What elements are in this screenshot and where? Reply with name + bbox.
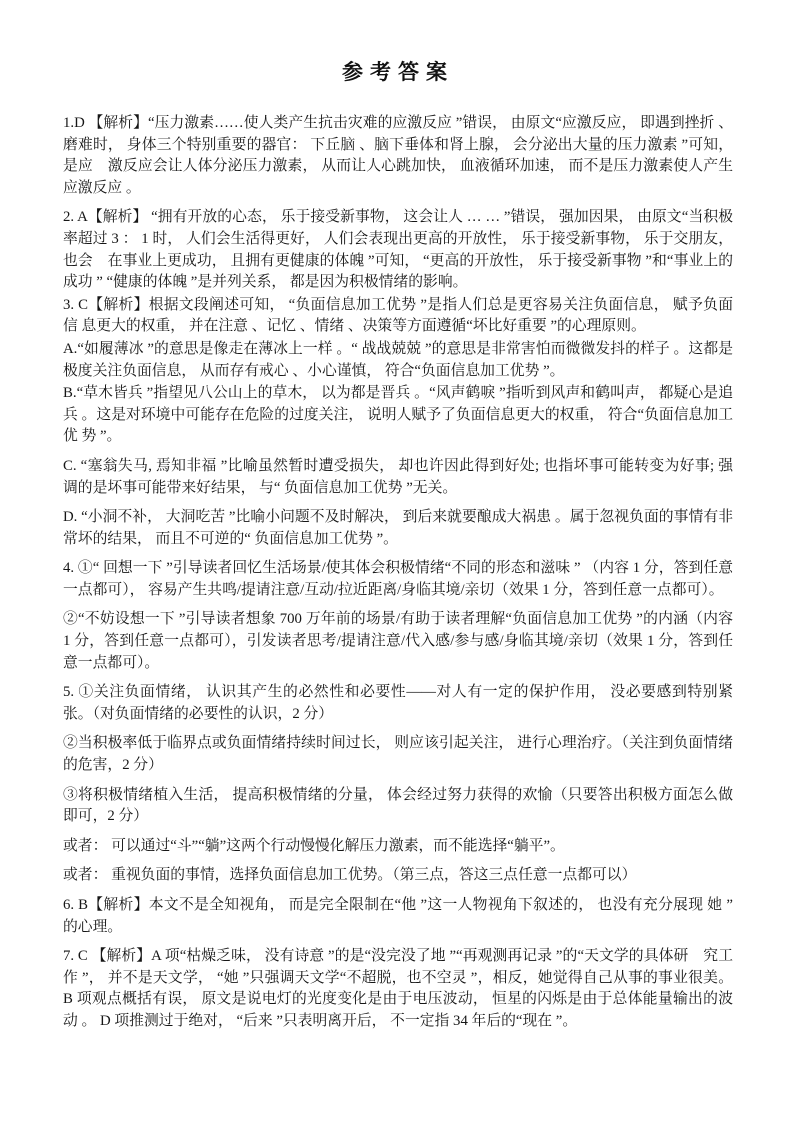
document-page: 参考答案 1.D 【解析】“压力激素……使人类产生抗击灾难的应激反应 ”错误， … (0, 0, 793, 1122)
answer-5-alternative-1: 或者： 可以通过“斗”“躺”这两个行动慢慢化解压力激素，而不能选择“躺平”。 (63, 836, 733, 858)
answer-7-explanation: 7. C 【解析】A 项“枯燥乏味， 没有诗意 ”的是“没完没了地 ”“再观测再… (63, 946, 733, 1032)
answer-5-alternative-2: 或者： 重视负面的事情，选择负面信息加工优势。（第三点，答这三点任意一点都可以） (63, 865, 733, 887)
answer-5-point-3: ③将积极情绪植入生活， 提高积极情绪的分量， 体会经过努力获得的欢愉（只要答出积… (63, 785, 733, 828)
page-title: 参考答案 (63, 56, 733, 86)
answer-3-option-d: D. “小洞不补， 大洞吃苦 ”比喻小问题不及时解决， 到后来就要酿成大祸患 。… (63, 507, 733, 550)
answer-4-point-1: 4. ①“ 回想一下 ”引导读者回忆生活场景/使其体会积极情绪“不同的形态和滋味… (63, 558, 733, 601)
answer-1-explanation: 1.D 【解析】“压力激素……使人类产生抗击灾难的应激反应 ”错误， 由原文“应… (63, 113, 733, 199)
answer-3-explanation: 3. C【解析】根据文段阐述可知， “负面信息加工优势 ”是指人们总是更容易关注… (63, 295, 733, 338)
answer-2-explanation: 2. A【解析】 “拥有开放的心态， 乐于接受新事物， 这会让人 … … ”错误… (63, 207, 733, 293)
answer-3-option-c: C. “塞翁失马, 焉知非福 ”比喻虽然暂时遭受损失， 却也许因此得到好处; 也… (63, 456, 733, 499)
answer-4-point-2: ②“不妨设想一下 ”引导读者想象 700 万年前的场景/有助于读者理解“负面信息… (63, 609, 733, 674)
answer-6-explanation: 6. B【解析】本文不是全知视角， 而是完全限制在“他 ”这一人物视角下叙述的，… (63, 895, 733, 938)
answer-5-point-1: 5. ①关注负面情绪， 认识其产生的必然性和必要性——对人有一定的保护作用， 没… (63, 682, 733, 725)
answer-3-option-b: B.“草木皆兵 ”指望见八公山上的草木， 以为都是晋兵 。“风声鹤唳 ”指听到风… (63, 383, 733, 448)
answer-5-point-2: ②当积极率低于临界点或负面情绪持续时间过长， 则应该引起关注， 进行心理治疗。（… (63, 733, 733, 776)
answer-3-option-a: A.“如履薄冰 ”的意思是像走在薄冰上一样 。“ 战战兢兢 ”的意思是非常害怕而… (63, 339, 733, 382)
